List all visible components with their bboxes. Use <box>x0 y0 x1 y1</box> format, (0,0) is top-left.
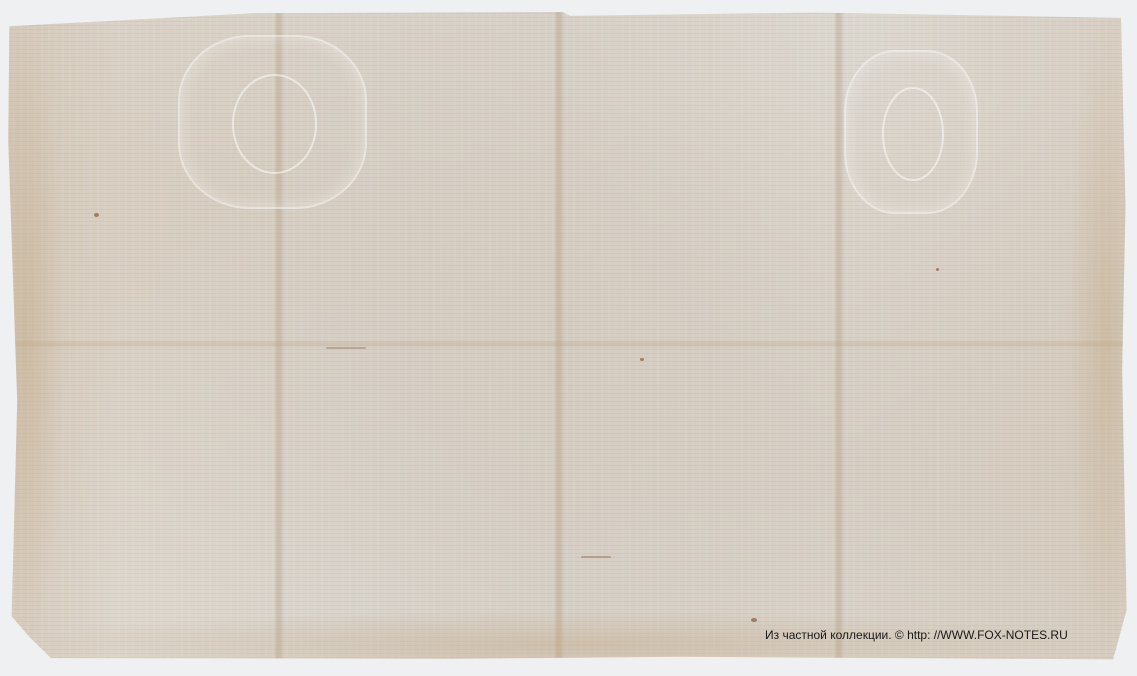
watermark-medallion-left <box>232 74 317 173</box>
edge-stain-bottom <box>6 610 1130 676</box>
stain-spot <box>640 358 644 361</box>
banknote-reverse <box>6 10 1130 662</box>
collection-caption: Из частной коллекции. © http: //WWW.FOX-… <box>765 628 1068 642</box>
fold-line-horizontal <box>6 340 1130 348</box>
stain-spot <box>936 268 939 271</box>
stain-spot <box>751 618 757 622</box>
edge-stain-right <box>1066 10 1137 660</box>
watermark-left <box>178 35 367 209</box>
edge-stain-left <box>0 10 66 660</box>
fold-line-right <box>834 10 844 662</box>
stain-mark <box>326 347 366 349</box>
fold-line-center <box>554 10 564 662</box>
watermark-right <box>844 50 978 214</box>
watermark-medallion-right <box>882 87 943 181</box>
stain-mark <box>581 556 611 558</box>
stain-spot <box>94 213 99 217</box>
